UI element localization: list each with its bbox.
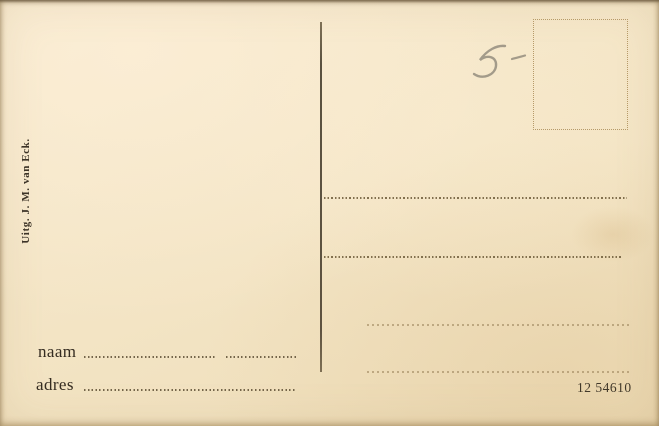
address-rule-line-3 <box>367 324 631 326</box>
address-field-label: adres <box>36 375 74 395</box>
address-rule-line-1 <box>324 197 627 199</box>
handwritten-price-mark <box>470 42 528 88</box>
postcard-back: Uitg. J. M. van Eck. naam adres 12 54610 <box>0 0 659 426</box>
address-rule-line-2 <box>324 256 623 258</box>
pencil-five-icon <box>470 42 528 88</box>
address-rule-line-4 <box>367 371 629 373</box>
stamp-box <box>533 19 628 130</box>
serial-number: 12 54610 <box>577 380 632 396</box>
publisher-imprint: Uitg. J. M. van Eck. <box>20 138 32 244</box>
divider-line <box>320 22 322 372</box>
name-field-label: naam <box>38 342 76 362</box>
name-dotted-line-1 <box>84 356 217 358</box>
address-dotted-line <box>84 389 297 391</box>
name-dotted-line-2 <box>226 356 298 358</box>
